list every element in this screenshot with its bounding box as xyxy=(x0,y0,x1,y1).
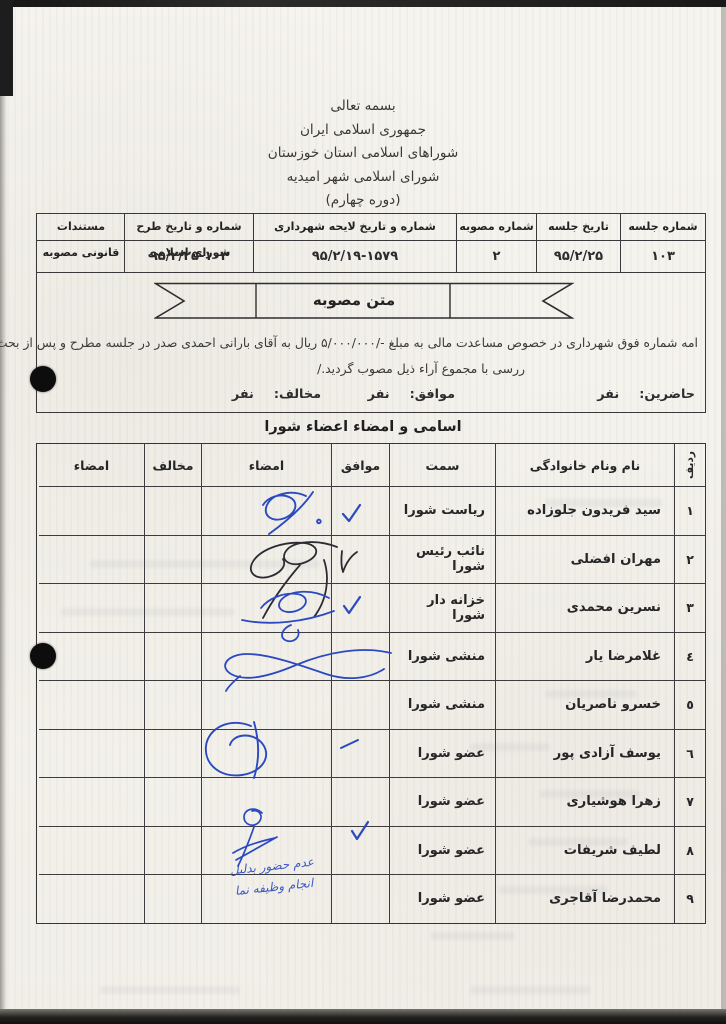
letterhead-province-councils: شوراهای اسلامی استان خوزستان xyxy=(0,142,726,166)
resolution-box: متن مصوبه امه شماره فوق شهرداری در خصوص … xyxy=(36,272,706,413)
agree-cell xyxy=(332,632,390,681)
row-number: ۲ xyxy=(675,535,705,584)
member-name: غلامرضا یار xyxy=(496,632,675,681)
signature-cell xyxy=(202,729,332,778)
member-name: لطیف شریفات xyxy=(496,826,675,875)
bleedthrough-smudge xyxy=(498,886,608,894)
attendance-present-label: حاضرین: xyxy=(639,387,695,402)
meta-value-legal-basis xyxy=(38,241,125,272)
header-position: سمت xyxy=(390,444,496,486)
attendance-agree-value: نفر xyxy=(368,387,390,402)
header-signature2: امضاء xyxy=(39,444,145,486)
member-position: منشی شورا xyxy=(390,680,496,729)
member-name: محمدرضا آقاجری xyxy=(496,874,675,923)
bleedthrough-smudge xyxy=(470,743,550,751)
header-agree: موافق xyxy=(332,444,390,486)
signature2-cell xyxy=(39,680,145,729)
oppose-cell xyxy=(145,535,202,584)
letterhead-country: جمهوری اسلامی ایران xyxy=(0,119,726,143)
signature-cell xyxy=(202,632,332,681)
bleedthrough-smudge xyxy=(545,499,663,507)
meta-header-resolution-no: شماره مصوبه xyxy=(457,214,537,240)
banner-title: متن مصوبه xyxy=(256,282,452,319)
scan-edge-left xyxy=(0,96,7,1009)
agree-cell xyxy=(332,535,390,584)
member-row-7: ۷ زهرا هوشیاری عضو شورا xyxy=(37,777,705,826)
signature2-cell xyxy=(39,826,145,875)
bleedthrough-smudge xyxy=(90,560,320,568)
oppose-cell xyxy=(145,826,202,875)
header-row-number: ردیف xyxy=(675,444,705,486)
bleedthrough-smudge xyxy=(545,690,637,698)
oppose-cell xyxy=(145,729,202,778)
letterhead-term: (دوره چهارم) xyxy=(0,189,726,213)
member-position: عضو شورا xyxy=(390,826,496,875)
bleedthrough-smudge xyxy=(430,932,515,940)
member-position: عضو شورا xyxy=(390,777,496,826)
meta-value-session-no: ۱۰۳ xyxy=(621,241,705,272)
member-name: سید فریدون جلوزاده xyxy=(496,486,675,535)
agree-cell xyxy=(332,486,390,535)
header-row-number-label: ردیف xyxy=(684,451,696,479)
agree-cell xyxy=(332,729,390,778)
meta-values-row: ۱۰۳ ۹۵/۲/۲۵ ۲ ۹۵/۲/۱۹-۱۵۷۹ ۹۵/۲/۲۵-۱۰۳ xyxy=(37,240,705,272)
member-position: خزانه دار شورا xyxy=(390,583,496,632)
oppose-cell xyxy=(145,486,202,535)
members-section-title: اسامی و امضاء اعضاء شورا xyxy=(0,419,726,435)
member-row-8: ۸ لطیف شریفات عضو شورا xyxy=(37,826,705,875)
meta-header-row: شماره جلسه تاریخ جلسه شماره مصوبه شماره … xyxy=(37,214,705,240)
members-header-row: ردیف نام ونام خانوادگی سمت موافق امضاء م… xyxy=(37,444,705,486)
header-name: نام ونام خانوادگی xyxy=(496,444,675,486)
punch-hole-top xyxy=(30,366,56,392)
member-row-6: ٦ یوسف آزادی پور عضو شورا xyxy=(37,729,705,778)
meta-header-plan-no-date: شماره و تاریخ طرح شورای اسلامی xyxy=(125,214,254,240)
letterhead-city-council: شورای اسلامی شهر امیدیه xyxy=(0,166,726,190)
member-name: یوسف آزادی پور xyxy=(496,729,675,778)
signature2-cell xyxy=(39,535,145,584)
attendance-oppose-label: مخالف: xyxy=(274,387,321,402)
row-number: ۷ xyxy=(675,777,705,826)
scan-edge-bottom xyxy=(0,1009,726,1024)
row-number: ۹ xyxy=(675,874,705,923)
meta-value-session-date: ۹۵/۲/۲۵ xyxy=(537,241,621,272)
resolution-text-line2: ررسی با مجموع آراء ذیل مصوب گردید./ xyxy=(317,361,525,376)
member-position: منشی شورا xyxy=(390,632,496,681)
members-table: ردیف نام ونام خانوادگی سمت موافق امضاء م… xyxy=(36,443,706,924)
signature-cell xyxy=(202,680,332,729)
bleedthrough-smudge xyxy=(60,608,235,616)
member-row-4: ٤ غلامرضا یار منشی شورا xyxy=(37,632,705,681)
member-position: عضو شورا xyxy=(390,874,496,923)
meta-header-session-date: تاریخ جلسه xyxy=(537,214,621,240)
attendance-oppose: مخالف: نفر xyxy=(232,387,321,402)
bleedthrough-smudge xyxy=(470,986,590,994)
meta-value-plan-no-date: ۹۵/۲/۲۵-۱۰۳ xyxy=(125,241,254,272)
row-number: ٥ xyxy=(675,680,705,729)
punch-hole-bottom xyxy=(30,643,56,669)
attendance-present-value: نفر xyxy=(597,387,619,402)
header-signature: امضاء xyxy=(202,444,332,486)
agree-cell xyxy=(332,777,390,826)
member-row-5: ٥ خسرو ناصریان منشی شورا xyxy=(37,680,705,729)
letterhead-bismillah: بسمه تعالی xyxy=(0,95,726,119)
oppose-cell xyxy=(145,632,202,681)
attendance-oppose-value: نفر xyxy=(232,387,254,402)
oppose-cell xyxy=(145,680,202,729)
meta-value-bill-no-date: ۹۵/۲/۱۹-۱۵۷۹ xyxy=(254,241,457,272)
member-name: خسرو ناصریان xyxy=(496,680,675,729)
row-number: ٤ xyxy=(675,632,705,681)
scanned-document-page: بسمه تعالی جمهوری اسلامی ایران شوراهای ا… xyxy=(0,0,726,1024)
meta-header-session-no: شماره جلسه xyxy=(621,214,705,240)
meta-table: شماره جلسه تاریخ جلسه شماره مصوبه شماره … xyxy=(36,213,706,273)
agree-cell xyxy=(332,680,390,729)
signature-cell xyxy=(202,777,332,826)
attendance-present: حاضرین: نفر xyxy=(597,387,695,402)
bleedthrough-smudge xyxy=(540,790,640,798)
member-row-2: ۲ مهران افضلی نائب رئیس شورا xyxy=(37,535,705,584)
member-name: زهرا هوشیاری xyxy=(496,777,675,826)
bleedthrough-smudge xyxy=(528,838,628,846)
signature2-cell xyxy=(39,777,145,826)
header-oppose: مخالف xyxy=(145,444,202,486)
signature2-cell xyxy=(39,874,145,923)
meta-header-bill-no-date: شماره و تاریخ لایحه شهرداری xyxy=(254,214,457,240)
member-position: نائب رئیس شورا xyxy=(390,535,496,584)
meta-header-legal-basis: مستندات قانونی مصوبه xyxy=(38,214,125,240)
agree-cell xyxy=(332,583,390,632)
member-row-1: ۱ سید فریدون جلوزاده ریاست شورا xyxy=(37,486,705,535)
meta-value-resolution-no: ۲ xyxy=(457,241,537,272)
row-number: ۳ xyxy=(675,583,705,632)
member-name: مهران افضلی xyxy=(496,535,675,584)
member-position: عضو شورا xyxy=(390,729,496,778)
letterhead: بسمه تعالی جمهوری اسلامی ایران شوراهای ا… xyxy=(0,95,726,213)
row-number: ۸ xyxy=(675,826,705,875)
signature-cell xyxy=(202,535,332,584)
attendance-agree: موافق: نفر xyxy=(368,387,455,402)
member-position: ریاست شورا xyxy=(390,486,496,535)
bleedthrough-smudge xyxy=(100,986,240,994)
scan-edge-left-top xyxy=(0,0,13,96)
signature2-cell xyxy=(39,486,145,535)
oppose-cell xyxy=(145,874,202,923)
signature-cell xyxy=(202,486,332,535)
attendance-agree-label: موافق: xyxy=(410,387,455,402)
oppose-cell xyxy=(145,777,202,826)
scan-edge-right xyxy=(721,7,726,1009)
row-number: ٦ xyxy=(675,729,705,778)
scan-edge-top xyxy=(0,0,726,7)
row-number: ۱ xyxy=(675,486,705,535)
member-name: نسرین محمدی xyxy=(496,583,675,632)
agree-cell xyxy=(332,826,390,875)
resolution-text-line1: امه شماره فوق شهرداری در خصوص مساعدت مال… xyxy=(0,335,698,350)
signature2-cell xyxy=(39,729,145,778)
member-row-9: ۹ محمدرضا آقاجری عضو شورا xyxy=(37,874,705,923)
